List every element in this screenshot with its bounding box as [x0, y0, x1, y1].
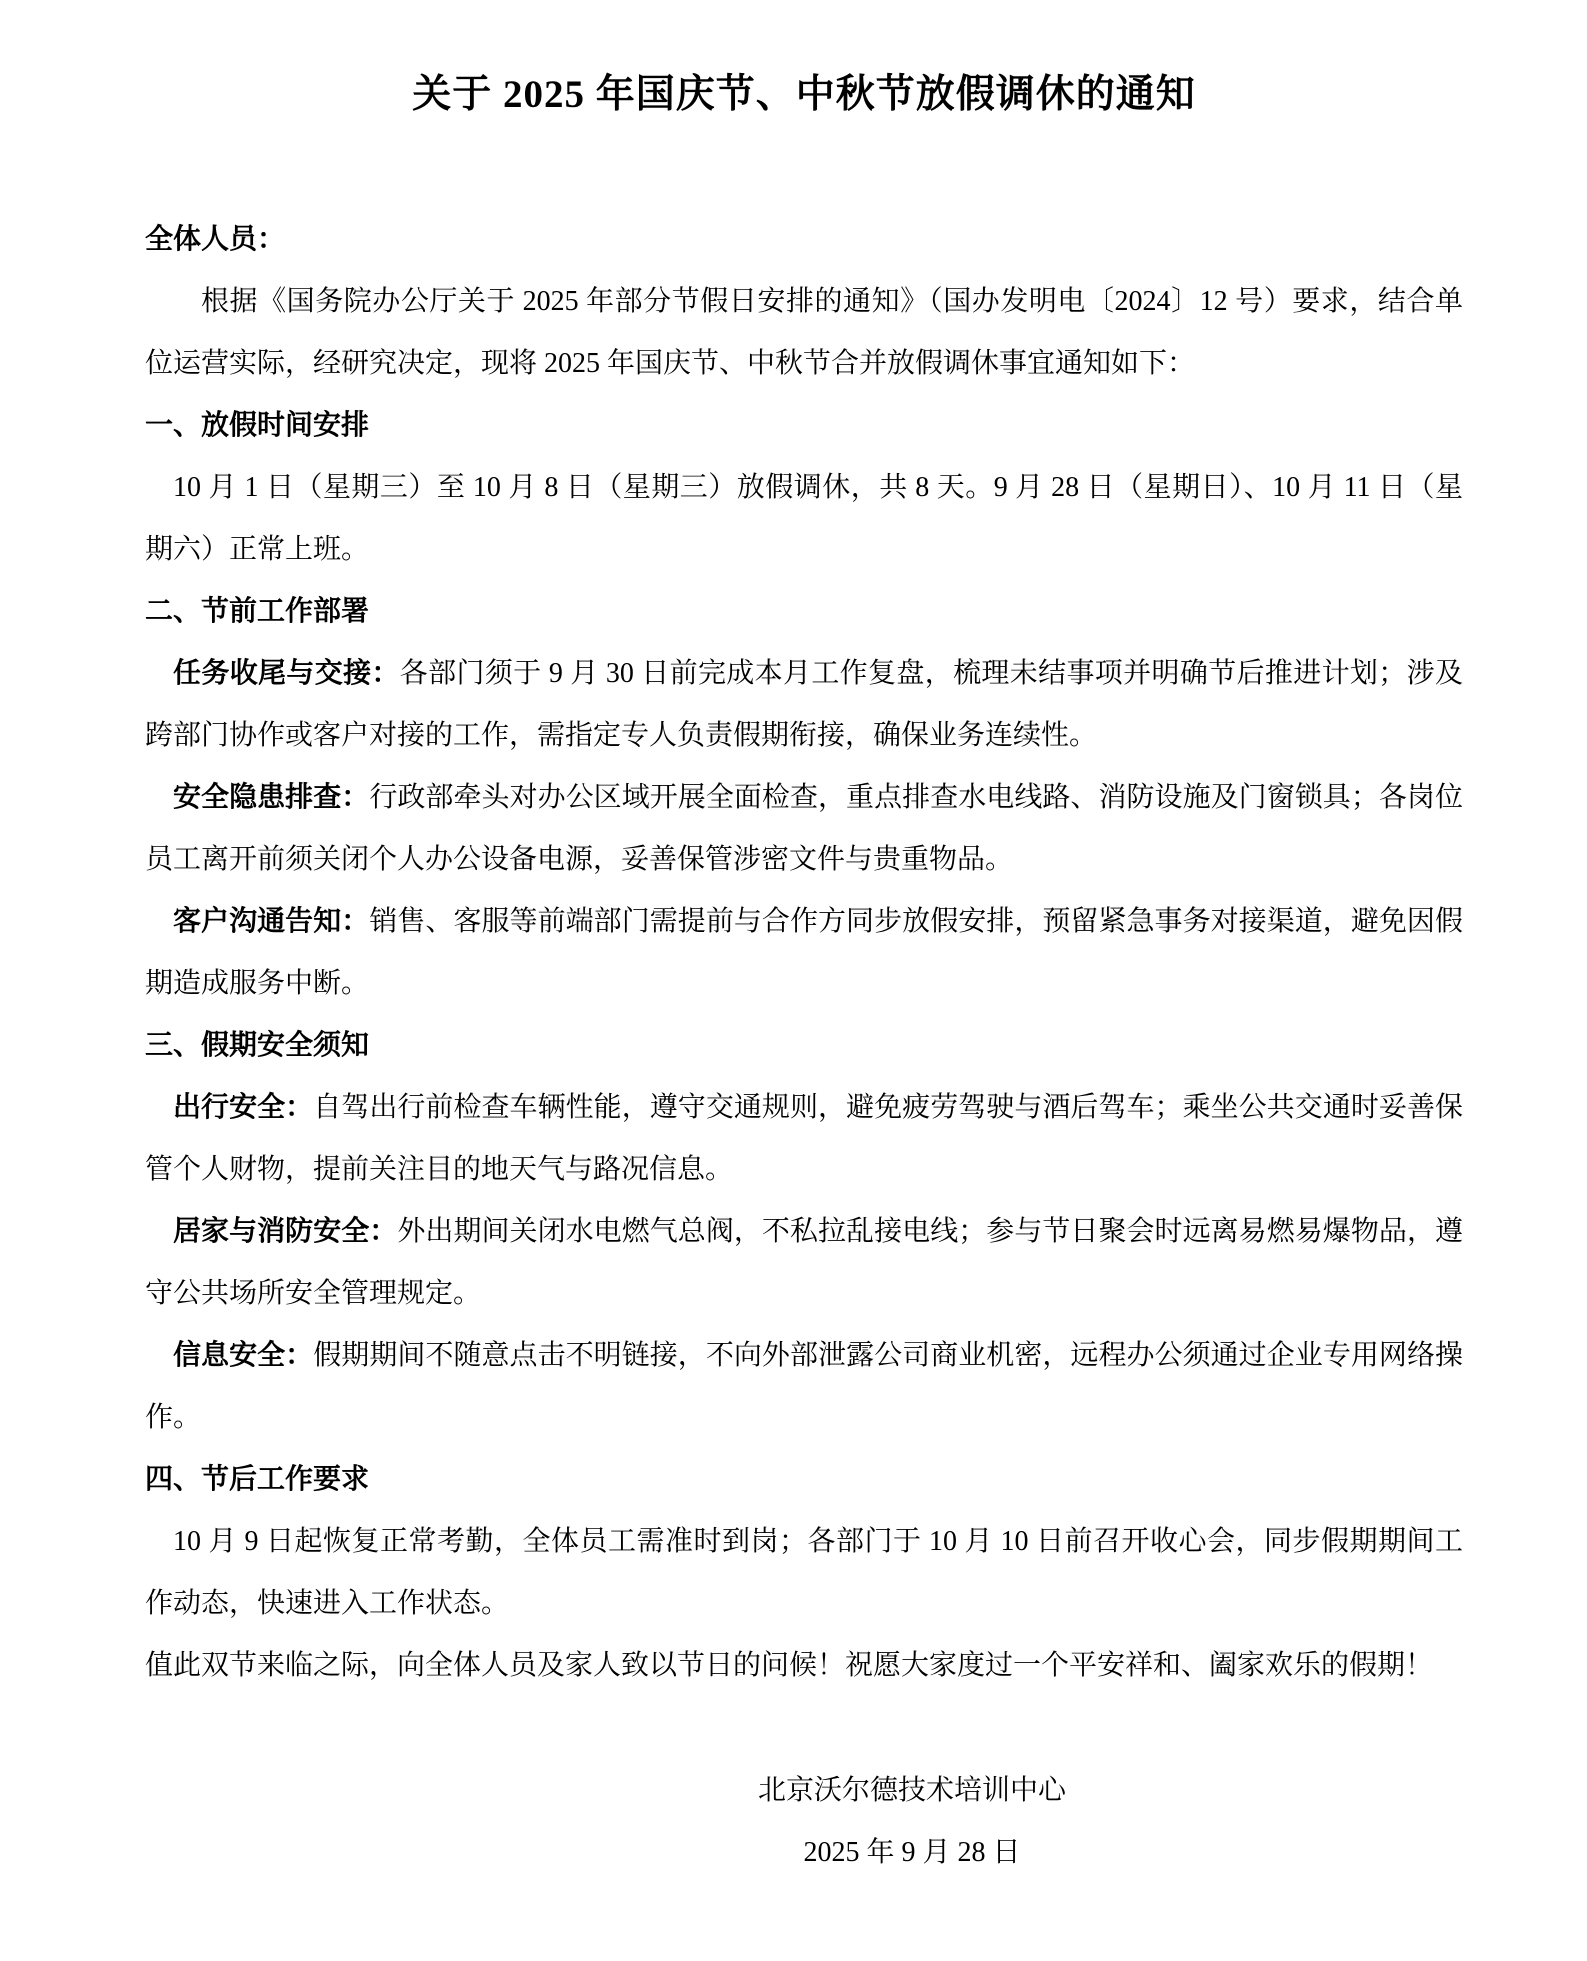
- section-3-paragraph-home-fire-safety: 居家与消防安全：外出期间关闭水电燃气总阀，不私拉乱接电线；参与节日聚会时远离易燃…: [145, 1201, 1463, 1325]
- salutation: 全体人员：: [145, 209, 1463, 271]
- section-3-paragraph-info-security: 信息安全：假期期间不随意点击不明链接，不向外部泄露公司商业机密，远程办公须通过企…: [145, 1325, 1463, 1449]
- signature-date: 2025 年 9 月 28 日: [361, 1822, 1463, 1884]
- closing-paragraph: 值此双节来临之际，向全体人员及家人致以节日的问候！祝愿大家度过一个平安祥和、阖家…: [145, 1635, 1463, 1697]
- section-1-paragraph: 10 月 1 日（星期三）至 10 月 8 日（星期三）放假调休，共 8 天。9…: [145, 457, 1463, 581]
- document-page: 关于 2025 年国庆节、中秋节放假调休的通知 全体人员： 根据《国务院办公厅关…: [0, 0, 1587, 1961]
- paragraph-lead-task-handover: 任务收尾与交接：: [173, 658, 400, 689]
- paragraph-lead-home-fire-safety: 居家与消防安全：: [173, 1216, 397, 1247]
- section-4-paragraph: 10 月 9 日起恢复正常考勤，全体员工需准时到岗；各部门于 10 月 10 日…: [145, 1511, 1463, 1635]
- section-2-paragraph-tasks: 任务收尾与交接：各部门须于 9 月 30 日前完成本月工作复盘，梳理未结事项并明…: [145, 643, 1463, 767]
- signature-organization: 北京沃尔德技术培训中心: [361, 1760, 1463, 1822]
- paragraph-text-travel-safety: 自驾出行前检查车辆性能，遵守交通规则，避免疲劳驾驶与酒后驾车；乘坐公共交通时妥善…: [145, 1092, 1463, 1185]
- paragraph-text-info-security: 假期期间不随意点击不明链接，不向外部泄露公司商业机密，远程办公须通过企业专用网络…: [145, 1340, 1463, 1433]
- document-title: 关于 2025 年国庆节、中秋节放假调休的通知: [145, 70, 1463, 120]
- section-3-heading: 三、假期安全须知: [145, 1015, 1463, 1077]
- intro-paragraph: 根据《国务院办公厅关于 2025 年部分节假日安排的通知》（国办发明电〔2024…: [145, 271, 1463, 395]
- signature-block: 北京沃尔德技术培训中心 2025 年 9 月 28 日: [145, 1760, 1463, 1884]
- section-3-paragraph-travel-safety: 出行安全：自驾出行前检查车辆性能，遵守交通规则，避免疲劳驾驶与酒后驾车；乘坐公共…: [145, 1077, 1463, 1201]
- section-2-heading: 二、节前工作部署: [145, 581, 1463, 643]
- paragraph-lead-safety-check: 安全隐患排查：: [173, 782, 369, 813]
- paragraph-lead-client-notice: 客户沟通告知：: [173, 906, 369, 937]
- section-2-paragraph-safety-check: 安全隐患排查：行政部牵头对办公区域开展全面检查，重点排查水电线路、消防设施及门窗…: [145, 767, 1463, 891]
- section-2-paragraph-client-notice: 客户沟通告知：销售、客服等前端部门需提前与合作方同步放假安排，预留紧急事务对接渠…: [145, 891, 1463, 1015]
- paragraph-lead-info-security: 信息安全：: [173, 1340, 313, 1371]
- section-1-heading: 一、放假时间安排: [145, 395, 1463, 457]
- paragraph-lead-travel-safety: 出行安全：: [173, 1092, 313, 1123]
- section-4-heading: 四、节后工作要求: [145, 1449, 1463, 1511]
